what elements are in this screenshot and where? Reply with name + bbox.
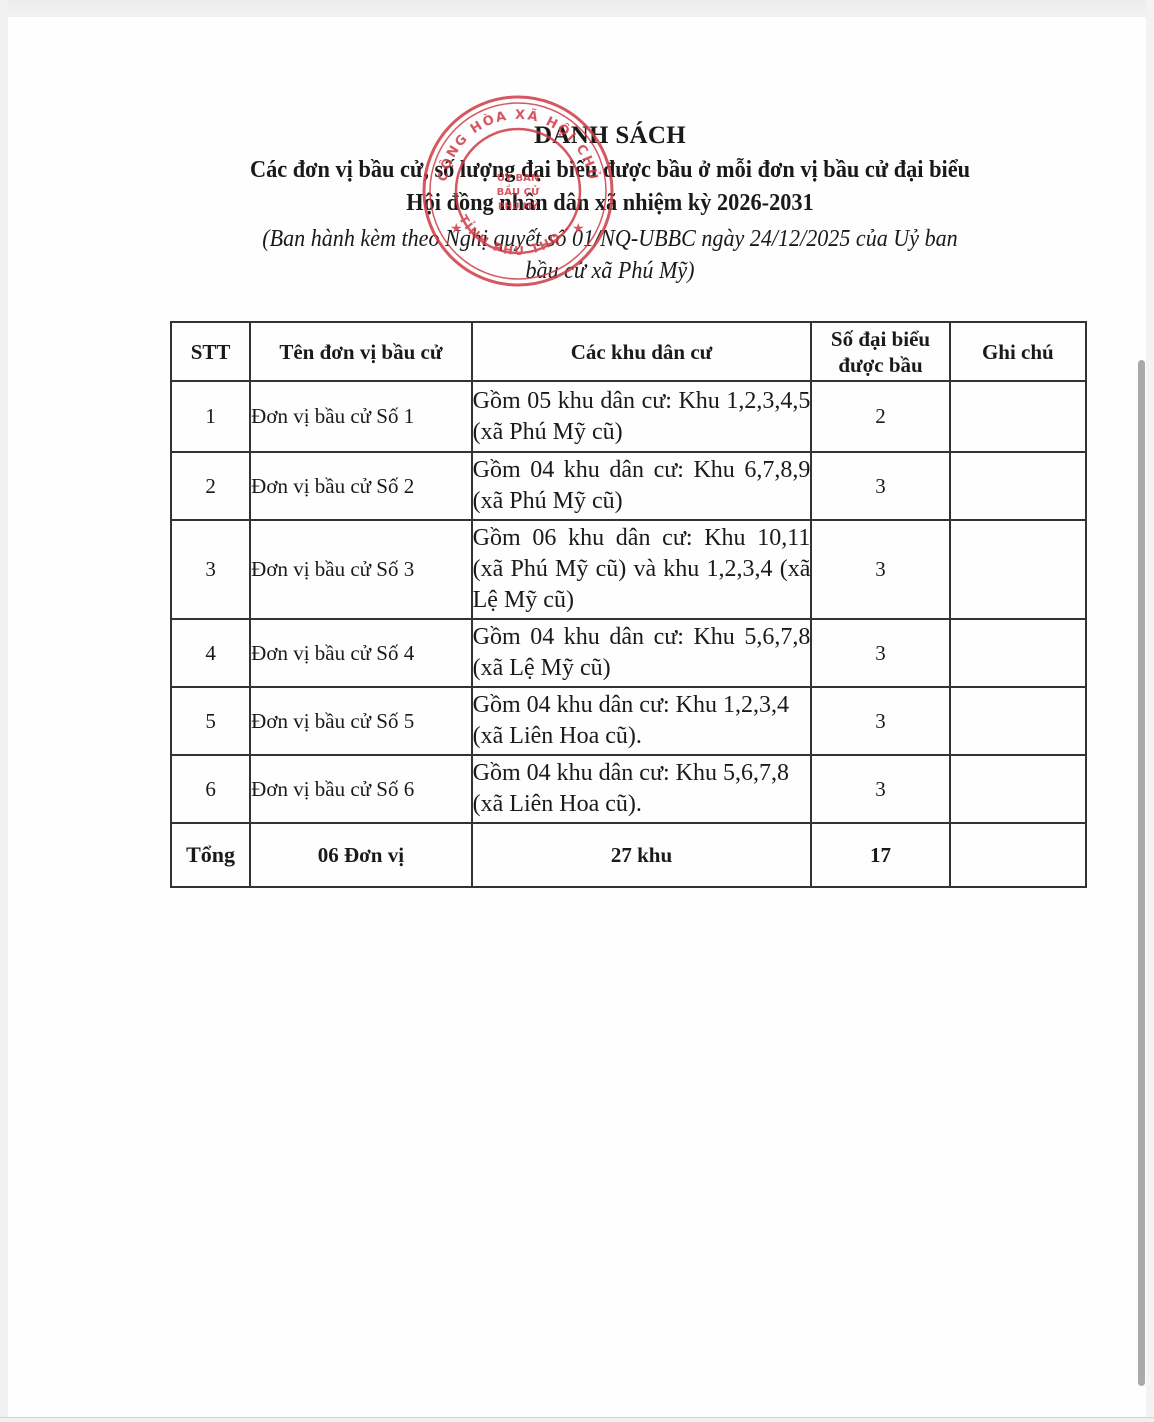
total-delegates: 17 [811, 823, 949, 887]
total-label: Tổng [171, 823, 250, 887]
document-title: DANH SÁCH [160, 120, 1060, 152]
cell-residential-areas: Gồm 04 khu dân cư: Khu 5,6,7,8 (xã Lệ Mỹ… [472, 619, 812, 687]
cell-unit-name: Đơn vị bầu cử Số 1 [250, 381, 471, 452]
cell-note [950, 687, 1086, 755]
cell-residential-areas: Gồm 05 khu dân cư: Khu 1,2,3,4,5 (xã Phú… [472, 381, 812, 452]
cell-residential-areas: Gồm 06 khu dân cư: Khu 10,11 (xã Phú Mỹ … [472, 520, 812, 619]
table-row: 5 Đơn vị bầu cử Số 5 Gồm 04 khu dân cư: … [171, 687, 1086, 755]
total-areas: 27 khu [472, 823, 812, 887]
cell-unit-name: Đơn vị bầu cử Số 2 [250, 452, 471, 520]
subtitle-line-2: Hội đồng nhân dân xã nhiệm kỳ 2026-2031 [192, 187, 1029, 220]
header-unit-name: Tên đơn vị bầu cử [250, 322, 471, 381]
table-row: 4 Đơn vị bầu cử Số 4 Gồm 04 khu dân cư: … [171, 619, 1086, 687]
cell-stt: 4 [171, 619, 250, 687]
vertical-scrollbar[interactable] [1138, 360, 1145, 1386]
cell-residential-areas: Gồm 04 khu dân cư: Khu 5,6,7,8 (xã Liên … [472, 755, 812, 823]
decree-line-1: (Ban hành kèm theo Nghị quyết số 01/NQ-U… [196, 223, 1024, 255]
cell-note [950, 619, 1086, 687]
header-delegate-count: Số đại biểu được bầu [811, 322, 949, 381]
cell-stt: 6 [171, 755, 250, 823]
table-total-row: Tổng 06 Đơn vị 27 khu 17 [171, 823, 1086, 887]
decree-reference: (Ban hành kèm theo Nghị quyết số 01/NQ-U… [196, 223, 1024, 287]
table-row: 1 Đơn vị bầu cử Số 1 Gồm 05 khu dân cư: … [171, 381, 1086, 452]
cell-stt: 2 [171, 452, 250, 520]
subtitle-line-1: Các đơn vị bầu cử, số lượng đại biểu đượ… [192, 154, 1029, 187]
cell-delegate-count: 3 [811, 452, 949, 520]
electoral-units-table: STT Tên đơn vị bầu cử Các khu dân cư Số … [170, 321, 1087, 888]
cell-residential-areas: Gồm 04 khu dân cư: Khu 1,2,3,4 (xã Liên … [472, 687, 812, 755]
cell-delegate-count: 3 [811, 619, 949, 687]
table-row: 3 Đơn vị bầu cử Số 3 Gồm 06 khu dân cư: … [171, 520, 1086, 619]
table-header-row: STT Tên đơn vị bầu cử Các khu dân cư Số … [171, 322, 1086, 381]
cell-delegate-count: 3 [811, 755, 949, 823]
cell-note [950, 381, 1086, 452]
decree-line-2: bầu cử xã Phú Mỹ) [196, 255, 1024, 287]
cell-stt: 3 [171, 520, 250, 619]
header-note: Ghi chú [950, 322, 1086, 381]
header-delegate-count-line-2: được bầu [812, 352, 948, 378]
cell-unit-name: Đơn vị bầu cử Số 5 [250, 687, 471, 755]
cell-unit-name: Đơn vị bầu cử Số 4 [250, 619, 471, 687]
cell-stt: 1 [171, 381, 250, 452]
cell-stt: 5 [171, 687, 250, 755]
cell-unit-name: Đơn vị bầu cử Số 6 [250, 755, 471, 823]
cell-note [950, 520, 1086, 619]
cell-residential-areas: Gồm 04 khu dân cư: Khu 6,7,8,9 (xã Phú M… [472, 452, 812, 520]
viewer-right-edge [1146, 0, 1154, 1422]
viewer-left-edge [0, 0, 8, 1422]
cell-delegate-count: 2 [811, 381, 949, 452]
table-row: 6 Đơn vị bầu cử Số 6 Gồm 04 khu dân cư: … [171, 755, 1086, 823]
viewer-top-bar [0, 0, 1154, 16]
document-subtitle: Các đơn vị bầu cử, số lượng đại biểu đượ… [192, 154, 1029, 220]
cell-delegate-count: 3 [811, 520, 949, 619]
cell-note [950, 755, 1086, 823]
table-row: 2 Đơn vị bầu cử Số 2 Gồm 04 khu dân cư: … [171, 452, 1086, 520]
cell-unit-name: Đơn vị bầu cử Số 3 [250, 520, 471, 619]
header-residential-areas: Các khu dân cư [472, 322, 812, 381]
total-units: 06 Đơn vị [250, 823, 471, 887]
cell-delegate-count: 3 [811, 687, 949, 755]
header-stt: STT [171, 322, 250, 381]
viewer-bottom-edge [0, 1417, 1154, 1422]
cell-note [950, 452, 1086, 520]
total-note [950, 823, 1086, 887]
header-delegate-count-line-1: Số đại biểu [812, 326, 948, 352]
